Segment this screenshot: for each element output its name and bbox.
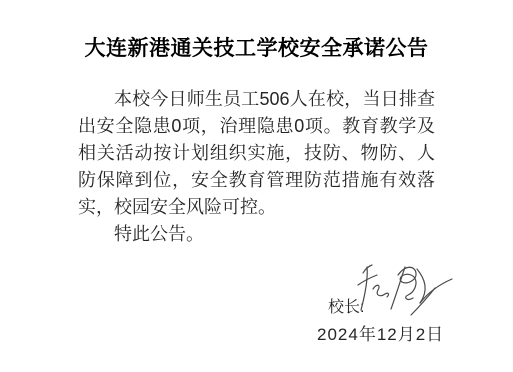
principal-signature-icon (356, 258, 458, 318)
notice-paragraph: 本校今日师生员工506人在校，当日排查出安全隐患0项，治理隐患0项。教育教学及相… (78, 86, 435, 221)
notice-page: 大连新港通关技工学校安全承诺公告 本校今日师生员工506人在校，当日排查出安全隐… (0, 0, 513, 372)
notice-title: 大连新港通关技工学校安全承诺公告 (0, 32, 513, 62)
notice-body: 本校今日师生员工506人在校，当日排查出安全隐患0项，治理隐患0项。教育教学及相… (78, 86, 435, 248)
notice-closing: 特此公告。 (78, 221, 435, 248)
notice-date: 2024年12月2日 (317, 320, 444, 345)
